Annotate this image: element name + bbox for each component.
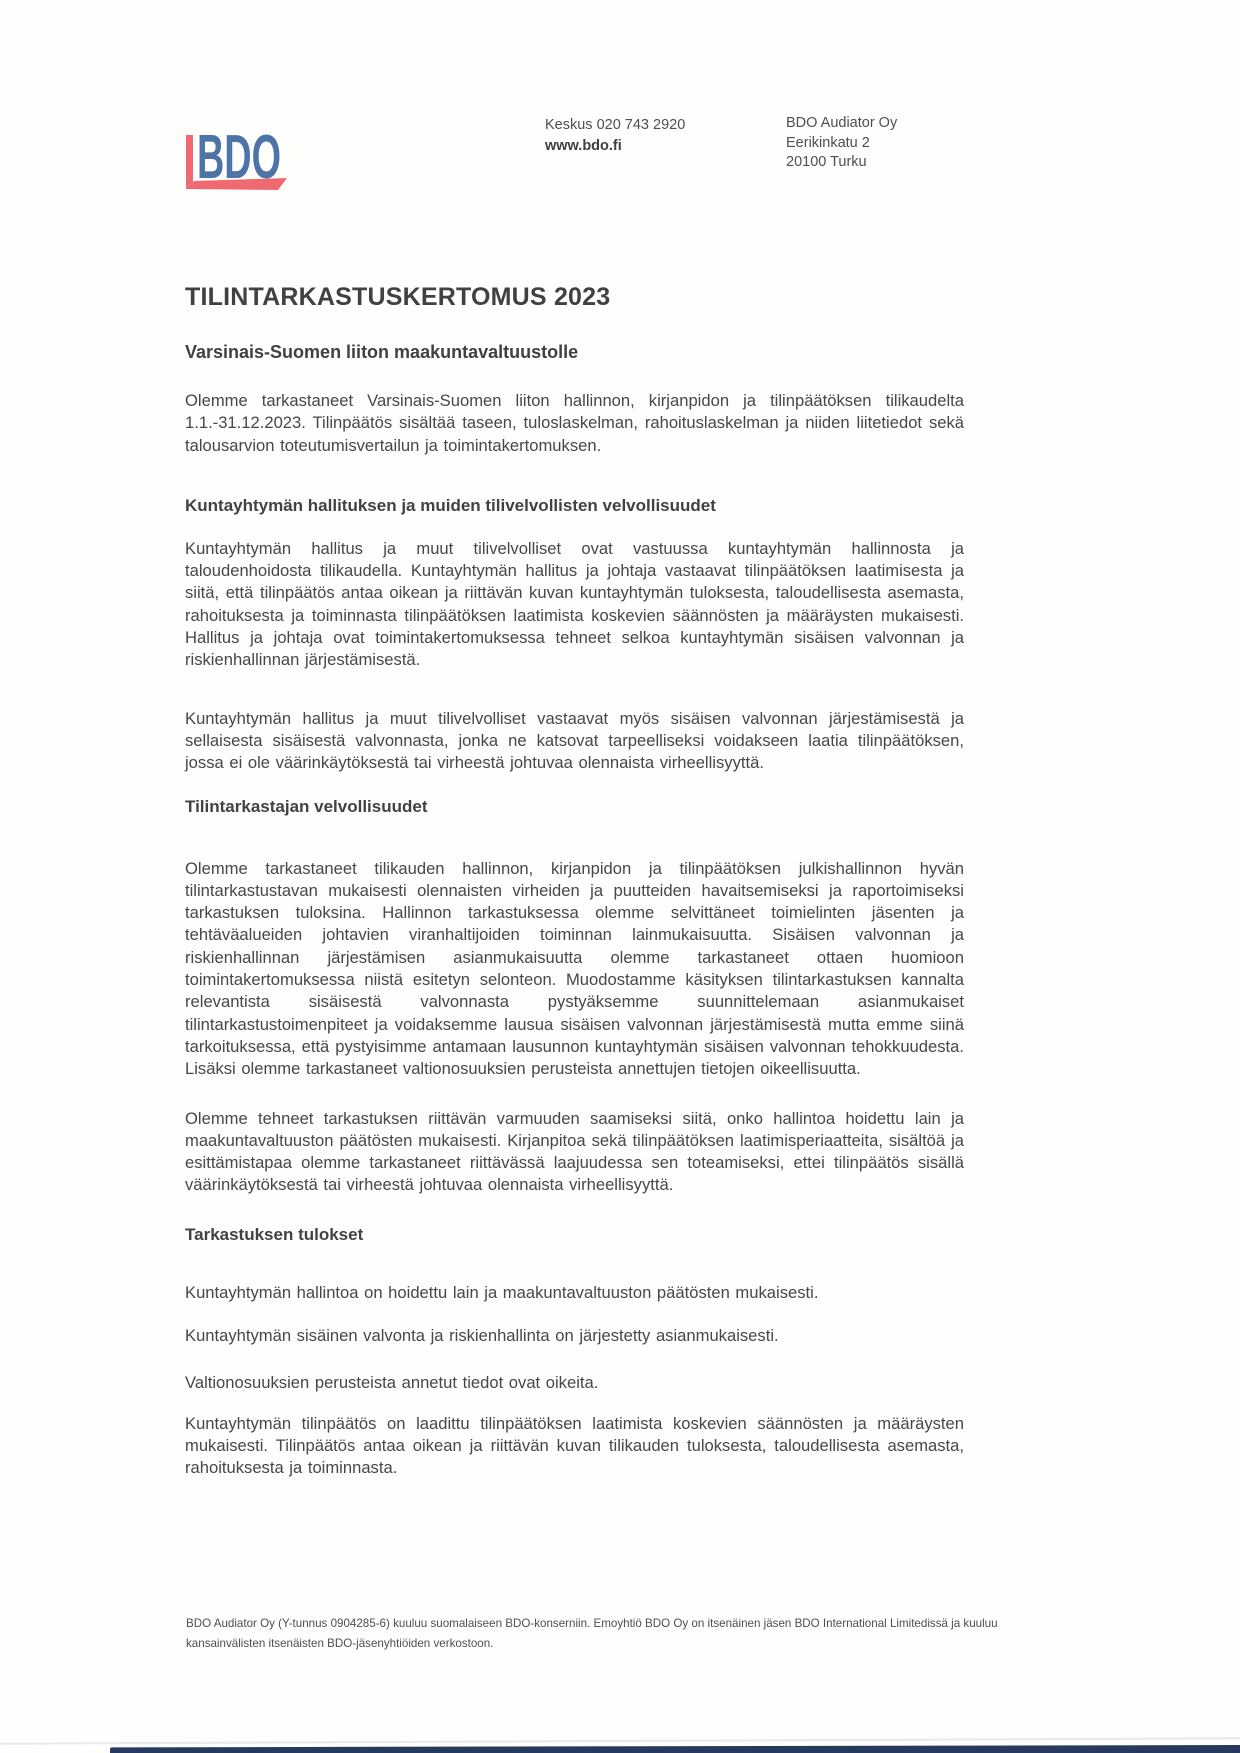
logo-red-vertical-stroke (186, 135, 193, 189)
address-city: 20100 Turku (786, 153, 897, 173)
section-heading-responsibilities-board: Kuntayhtymän hallituksen ja muiden tiliv… (185, 496, 964, 515)
recipient-subtitle: Varsinais-Suomen liiton maakuntavaltuust… (185, 342, 964, 362)
scanned-audit-report-page: BDO Keskus 020 743 2920 www.bdo.fi BDO A… (0, 0, 1240, 1753)
logo-bdo-text: BDO (197, 123, 281, 192)
letterhead-address: BDO Audiator Oy Eerikinkatu 2 20100 Turk… (786, 114, 897, 173)
footer-legal-line: BDO Audiator Oy (Y-tunnus 0904285-6) kuu… (186, 1614, 1136, 1634)
body-paragraph: Kuntayhtymän tilinpäätös on laadittu til… (185, 1413, 964, 1480)
footer-legal: BDO Audiator Oy (Y-tunnus 0904285-6) kuu… (186, 1614, 1136, 1654)
intro-paragraph: Olemme tarkastaneet Varsinais-Suomen lii… (185, 390, 964, 457)
bottom-scan-bar (110, 1745, 1240, 1753)
letterhead-contact: Keskus 020 743 2920 www.bdo.fi (545, 115, 685, 157)
body-paragraph: Olemme tarkastaneet tilikauden hallinnon… (185, 858, 964, 1081)
section-heading-audit-results: Tarkastuksen tulokset (185, 1225, 964, 1244)
footer-legal-line: kansainvälisten itsenäisten BDO-jäsenyht… (186, 1634, 1136, 1654)
body-paragraph: Kuntayhtymän hallintoa on hoidettu lain … (185, 1282, 964, 1304)
scan-artifact-line (0, 1737, 1240, 1744)
address-street: Eerikinkatu 2 (786, 134, 897, 154)
contact-phone: Keskus 020 743 2920 (545, 115, 685, 136)
bdo-logo: BDO (183, 116, 333, 196)
body-paragraph: Kuntayhtymän hallitus ja muut tilivelvol… (185, 708, 964, 775)
body-paragraph: Kuntayhtymän hallitus ja muut tilivelvol… (185, 538, 964, 672)
page-title: TILINTARKASTUSKERTOMUS 2023 (185, 283, 964, 311)
address-company: BDO Audiator Oy (786, 114, 897, 134)
section-heading-auditor-duties: Tilintarkastajan velvollisuudet (185, 797, 964, 816)
body-paragraph: Kuntayhtymän sisäinen valvonta ja riskie… (185, 1325, 964, 1347)
contact-website: www.bdo.fi (545, 136, 685, 157)
body-paragraph: Olemme tehneet tarkastuksen riittävän va… (185, 1108, 964, 1197)
document-body: TILINTARKASTUSKERTOMUS 2023 Varsinais-Su… (185, 283, 964, 1502)
letterhead: BDO Keskus 020 743 2920 www.bdo.fi BDO A… (0, 0, 1240, 210)
body-paragraph: Valtionosuuksien perusteista annetut tie… (185, 1372, 964, 1394)
